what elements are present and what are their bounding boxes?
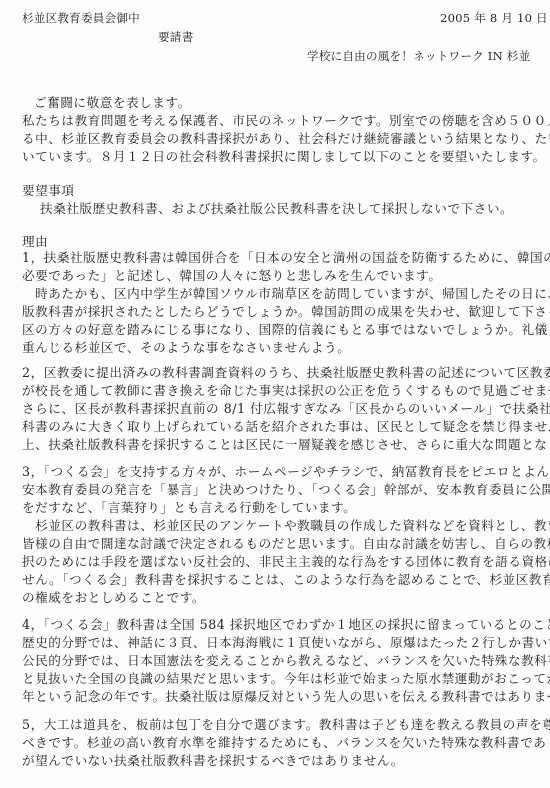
reason-4-line: 年という記念の年です。扶桑社版は原爆反対という先人の思いを伝える教科書ではありま… [22,689,550,705]
reason-1-line: 必要であった」と記述し、韓国の人々に怒りと悲しみを生んでいます。 [22,268,441,284]
reason-1-line: 区の方々の好意を踏みにじる事になり、国際的信義にもとる事ではないでしょうか。礼儀… [22,322,550,338]
reason-1-line: 時あたかも、区内中学生が韓国ソウル市瑞草区を訪問していますが、帰国したその日に、… [22,286,550,302]
reason-3-line: 皆様の自由で闊達な討議で決定されるものだと思います。自由な討議を妨害し、自らの教… [22,536,550,552]
document-title: 要請書 [158,29,193,45]
reason-3-line: をだすなど、「言葉狩り」とも言える行動をしています。 [22,500,356,516]
reason-1-line: 版教科書が採択されたとしたらどうでしょうか。韓国訪問の成果を失わせ、歓迎して下さ… [22,304,550,320]
scanned-letter-page: 杉並区教育委員会御中 2005 年 8 月 10 日 要請書 学校に自由の風を！… [0,0,550,788]
reason-3-line: の権威をおとしめることです。 [22,590,205,606]
reason-1-line: 重んじる杉並区で、そのような事をなさいませんよう。 [22,340,350,356]
reason-4-line: 4，「つくる会」教科書は全国 584 採択地区でわずか１地区の採択に留まっている… [22,617,550,633]
addressee: 杉並区教育委員会御中 [22,10,140,26]
reason-3-line: 杉並区の教科書は、杉並区民のアンケートや教職員の作成した資料などを資料とし、教育… [22,518,550,534]
sender-organization: 学校に自由の風を！ネットワーク IN 杉並 [307,48,530,64]
reason-3-line: せん。「つくる会」教科書を採択することは、このような行為を認めることで、杉並区教… [22,572,550,588]
reason-2-line: が校長を通して教師に書き換えを命じた事実は採択の公正を危うくするもので見過ごせま… [22,383,550,399]
reason-3-line: 択のためには手段を選ばない反社会的、非民主主義的な行為をする団体に教育を語る資格… [22,554,550,570]
document-date: 2005 年 8 月 10 日 [440,10,548,26]
reason-2-line: 科書のみに大きく取り上げられている話を紹介された事は、区民として疑念を禁じ得ませ… [22,419,550,435]
salutation: ご奮闘に敬意を表します。 [34,95,191,111]
reasons-heading: 理由 [22,234,48,250]
reason-3-line: 3，「つくる会」を支持する方々が、ホームページやチラシで、納冨教育長をピエロとよ… [22,464,550,480]
greeting-line: る中、杉並区教育委員会の教科書採択があり、社会科だけ継続審議という結果となり、た… [22,131,550,147]
reason-5-line: 5，大工は道具を、板前は包丁を自分で選びます。教科書は子ども達を教える教員の声を… [22,717,550,733]
greeting-line: いています。８月１２日の社会科教科書採択に関しまして以下のことを要望いたします。 [22,149,546,165]
reason-3-line: 安本教育委員の発言を「暴言」と決めつけたり、「つくる会」幹部が、安本教育委員に公… [22,482,550,498]
reason-2-line: さらに、区長が教科書採択直前の 8/1 付広報すぎなみ「区長からのいいメール」で… [22,401,550,417]
reason-4-line: 歴史的分野では、神話に３頁、日本海海戦に１頁使いながら、原爆はたった２行しか書い… [22,635,550,651]
request-text: 扶桑社版歴史教科書、および扶桑社版公民教科書を決して採択しないで下さい。 [40,201,513,217]
reason-4-line: 公民的分野では、日本国憲法を変えることから教えるなど、バランスを欠いた特殊な教科… [22,653,550,669]
reason-5-line: べきです。杉並の高い教育水準を維持するためにも、バランスを欠いた特殊な教科書であ… [22,735,550,751]
greeting-line: 私たちは教育問題を考える保護者、市民のネットワークです。別室での傍聴を含め５００… [22,113,550,129]
reason-5-line: が望んでいない扶桑社版教科書を採択するべきではありません。 [22,753,404,769]
reason-1-line: 1，扶桑社版歴史教科書は韓国併合を「日本の安全と満州の国益を防衛するために、韓国… [22,250,550,266]
request-heading: 要望事項 [22,183,75,199]
reason-2-line: 2，区教委に提出済みの教科書調査資料のうち、扶桑社版歴史教科書の記述について区教… [22,365,550,381]
reason-4-line: と見抜いた全国の良識の結果だと思います。今年は杉並で始まった原水禁運動がおこって… [22,671,550,687]
reason-2-line: 上、扶桑社版教科書を採択することは区民に一層疑義を感じさせ、さらに重大な問題とな… [22,437,550,453]
